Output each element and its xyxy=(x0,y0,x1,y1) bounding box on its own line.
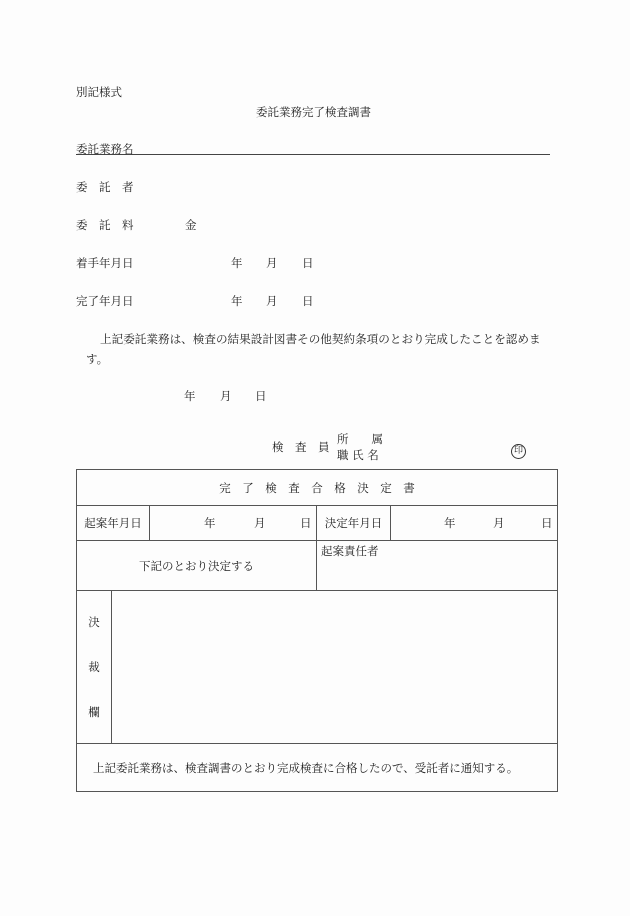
statement-date-day: 日 xyxy=(255,388,267,404)
fee-prefix: 金 xyxy=(185,217,197,233)
approval-area[interactable] xyxy=(112,591,558,744)
approval-statement: 上記委託業務は、検査の結果設計図書その他契約条項のとおり完成したことを認めま xyxy=(100,331,541,347)
inspector-name-label: 職 氏 名 xyxy=(337,447,379,463)
consignee-label: 委 託 者 xyxy=(76,179,134,195)
decision-date-field[interactable]: 年 月 日 xyxy=(391,506,558,541)
start-date-label: 着手年月日 xyxy=(76,255,134,271)
statement-date-month: 月 xyxy=(220,388,232,404)
task-name-label: 委託業務名 xyxy=(76,141,134,157)
approval-char-3: 欄 xyxy=(77,704,111,720)
document-title: 委託業務完了検査調書 xyxy=(256,104,371,120)
draft-date-label: 起案年月日 xyxy=(77,506,150,541)
draft-month: 月 xyxy=(254,515,266,531)
completion-date-day: 日 xyxy=(302,293,314,309)
completion-date-label: 完了年月日 xyxy=(76,293,134,309)
decide-as-below: 下記のとおり決定する xyxy=(77,541,317,591)
decision-year: 年 xyxy=(444,515,456,531)
decision-heading: 完 了 検 査 合 格 決 定 書 xyxy=(77,470,558,506)
drafter-label: 起案責任者 xyxy=(321,544,379,558)
decision-date-label: 決定年月日 xyxy=(317,506,391,541)
approval-char-2: 裁 xyxy=(77,659,111,675)
drafter-cell[interactable]: 起案責任者 xyxy=(317,541,558,591)
draft-day: 日 xyxy=(300,515,312,531)
completion-date-year: 年 xyxy=(231,293,243,309)
decision-table: 完 了 検 査 合 格 決 定 書 起案年月日 年 月 日 決定年月日 年 月 … xyxy=(76,469,558,792)
start-date-month: 月 xyxy=(266,255,278,271)
approval-statement-cont: す。 xyxy=(86,351,108,367)
seal-icon: 印 xyxy=(511,444,526,459)
decision-month: 月 xyxy=(493,515,505,531)
notice-text: 上記委託業務は、検査調書のとおり完成検査に合格したので、受託者に通知する。 xyxy=(77,744,558,792)
completion-date-month: 月 xyxy=(266,293,278,309)
fee-label: 委 託 料 xyxy=(76,217,134,233)
decision-day: 日 xyxy=(541,515,553,531)
approval-column-label: 決 裁 欄 xyxy=(77,591,112,744)
start-date-year: 年 xyxy=(231,255,243,271)
task-name-field[interactable] xyxy=(76,142,550,155)
statement-date-year: 年 xyxy=(184,388,196,404)
draft-year: 年 xyxy=(204,515,216,531)
approval-char-1: 決 xyxy=(77,614,111,630)
inspector-affiliation-label: 所 属 xyxy=(337,431,383,447)
form-label: 別記様式 xyxy=(76,84,122,100)
draft-date-field[interactable]: 年 月 日 xyxy=(150,506,317,541)
inspector-label: 検 査 員 xyxy=(272,439,330,455)
start-date-day: 日 xyxy=(302,255,314,271)
